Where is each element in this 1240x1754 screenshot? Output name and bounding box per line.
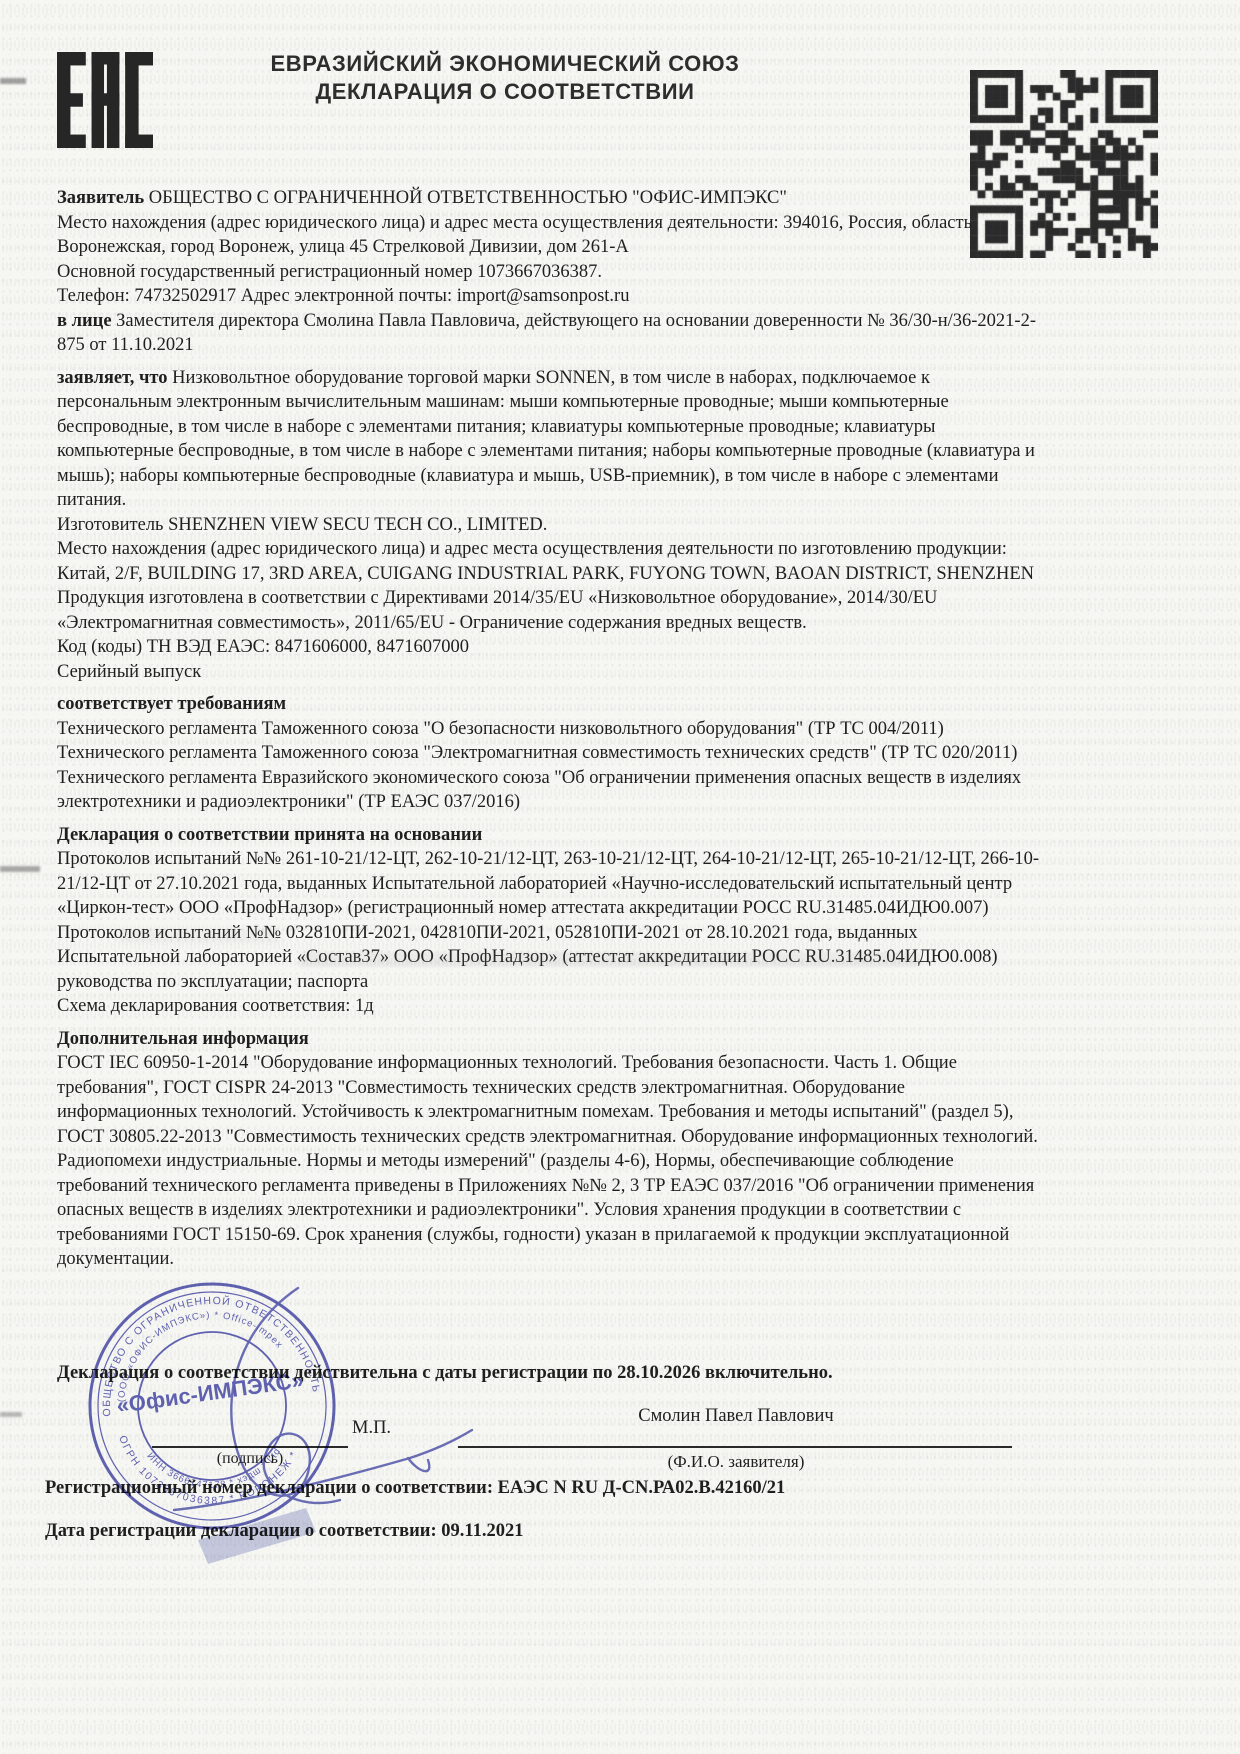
fio-caption: (Ф.И.О. заявителя) xyxy=(460,1452,1012,1472)
in-person-label: в лице xyxy=(57,311,112,331)
applicant-address-line: Место нахождения (адрес юридического лиц… xyxy=(57,211,1042,260)
scan-smudge-band xyxy=(300,952,920,967)
document-title: ДЕКЛАРАЦИЯ О СООТВЕТСТВИИ xyxy=(180,78,830,106)
declares-label: заявляет, что xyxy=(57,368,168,388)
declaration-body: Заявитель ОБЩЕСТВО С ОГРАНИЧЕННОЙ ОТВЕТС… xyxy=(57,186,1042,1272)
scan-artifact xyxy=(0,78,26,84)
stamp-outer-ring-bottom-text: ОГРН 1073667036387 * ВОРОНЕЖ * xyxy=(116,1410,306,1520)
fio-line xyxy=(458,1446,1012,1448)
contacts-line: Телефон: 74732502917 Адрес электронной п… xyxy=(57,284,1042,309)
manufacturer-address-line: Место нахождения (адрес юридического лиц… xyxy=(57,537,1042,586)
company-stamp: ОБЩЕСТВО С ОГРАНИЧЕННОЙ ОТВЕТСТВЕННОСТЬЮ… xyxy=(78,1272,502,1568)
additional-info-text: ГОСТ IEC 60950-1-2014 "Оборудование инфо… xyxy=(57,1051,1042,1272)
applicant-fio: Смолин Павел Павлович xyxy=(460,1406,1012,1427)
requirement-2: Технического регламента Таможенного союз… xyxy=(57,741,1042,766)
basis-header: Декларация о соответствии принята на осн… xyxy=(57,823,1042,848)
applicant-name: ОБЩЕСТВО С ОГРАНИЧЕННОЙ ОТВЕТСТВЕННОСТЬЮ… xyxy=(144,188,787,208)
applicant-label: Заявитель xyxy=(57,188,144,208)
basis-manuals: руководства по эксплуатации; паспорта xyxy=(57,970,1042,995)
serial-line: Серийный выпуск xyxy=(57,660,1042,685)
requirement-1: Технического регламента Таможенного союз… xyxy=(57,717,1042,742)
manufacturer-line: Изготовитель SHENZHEN VIEW SECU TECH CO.… xyxy=(57,513,1042,538)
basis-protocols-1: Протоколов испытаний №№ 261-10-21/12-ЦТ,… xyxy=(57,847,1042,921)
tnved-line: Код (коды) ТН ВЭД ЕАЭС: 8471606000, 8471… xyxy=(57,635,1042,660)
union-title: ЕВРАЗИЙСКИЙ ЭКОНОМИЧЕСКИЙ СОЮЗ xyxy=(180,50,830,78)
in-person-text: Заместителя директора Смолина Павла Павл… xyxy=(57,311,1036,356)
requirement-3: Технического регламента Евразийского эко… xyxy=(57,766,1042,815)
requirements-header: соответствует требованиям xyxy=(57,692,1042,717)
scan-smudge-band xyxy=(120,930,280,942)
document-header: ЕВРАЗИЙСКИЙ ЭКОНОМИЧЕСКИЙ СОЮЗ ДЕКЛАРАЦИ… xyxy=(180,50,830,106)
stamp-center-name: «Офис-ИМПЭКС» xyxy=(115,1367,305,1418)
declares-paragraph: заявляет, что Низковольтное оборудование… xyxy=(57,366,1042,513)
basis-scheme: Схема декларирования соответствия: 1д xyxy=(57,994,1042,1019)
directives-line: Продукция изготовлена в соответствии с Д… xyxy=(57,586,1042,635)
scanned-declaration-page: { "colors": { "ink": "#1f1f1f", "stamp_b… xyxy=(0,0,1240,1754)
ogrn-line: Основной государственный регистрационный… xyxy=(57,260,1042,285)
applicant-line: Заявитель ОБЩЕСТВО С ОГРАНИЧЕННОЙ ОТВЕТС… xyxy=(57,186,1042,211)
scan-artifact xyxy=(0,1412,22,1417)
stamp-ink-smudge xyxy=(198,1508,316,1564)
additional-info-header: Дополнительная информация xyxy=(57,1027,1042,1052)
eac-mark-logo xyxy=(57,50,153,150)
in-person-line: в лице Заместителя директора Смолина Пав… xyxy=(57,309,1042,358)
scan-artifact xyxy=(0,866,40,872)
product-description: Низковольтное оборудование торговой марк… xyxy=(57,368,1035,511)
